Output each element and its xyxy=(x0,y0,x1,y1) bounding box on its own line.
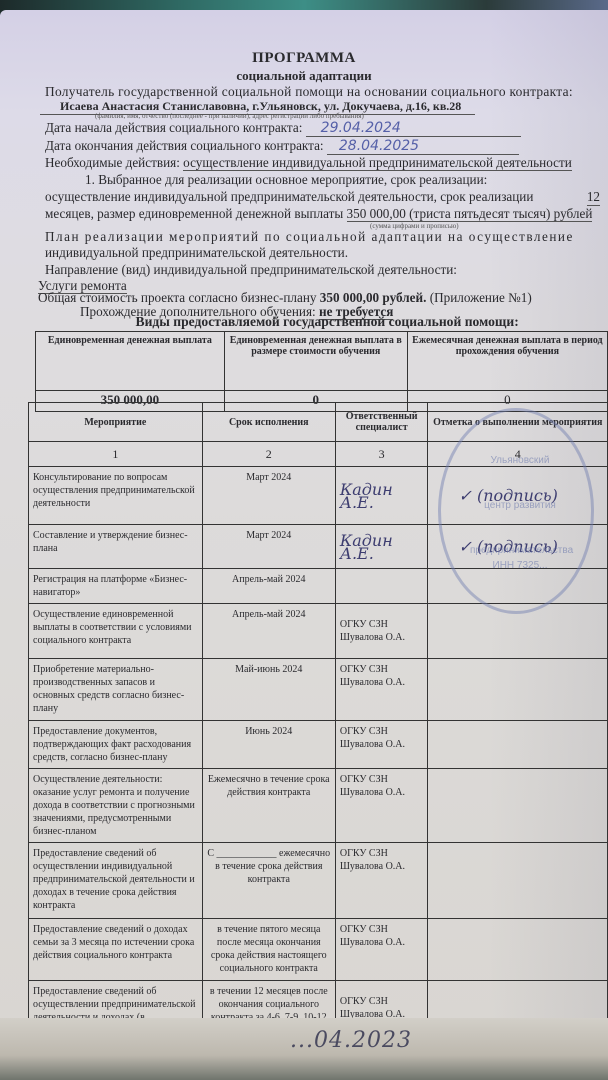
activity-cell: Консультирование по вопросам осуществлен… xyxy=(29,467,203,525)
item1-heading: 1. Выбранное для реализации основное мер… xyxy=(85,172,600,188)
total-cost-value: 350 000,00 рублей. xyxy=(320,290,427,305)
table-row: Регистрация на платформе «Бизнес-навигат… xyxy=(29,569,608,604)
specialist-cell: ОГКУ СЗН Шувалова О.А. xyxy=(335,919,428,981)
deadline-cell: Март 2024 xyxy=(202,467,335,525)
end-date-value: 28.04.2025 xyxy=(327,138,519,155)
stamp-text-line: предпринимательства xyxy=(470,545,570,556)
column-number: 1 xyxy=(29,442,203,467)
deadline-cell: Апрель-май 2024 xyxy=(202,569,335,604)
activities-header-activity: Мероприятие xyxy=(29,403,203,442)
recipient-hint: (фамилия, имя, отчество (последнее - при… xyxy=(95,112,364,120)
assistance-header-monthly: Ежемесячная денежная выплата в период пр… xyxy=(407,332,607,391)
deadline-cell: Май-июнь 2024 xyxy=(202,659,335,721)
deadline-cell: С ____________ ежемесячно в течение срок… xyxy=(202,843,335,919)
assistance-header-lump-sum: Единовременная денежная выплата xyxy=(36,332,225,391)
activity-cell: Составление и утверждение бизнес-плана xyxy=(29,525,203,569)
activities-header-deadline: Срок исполнения xyxy=(202,403,335,442)
stamp-text-line: центр развития xyxy=(470,500,570,511)
item1-line2-prefix: месяцев, размер единовременной денежной … xyxy=(45,206,343,221)
plan-text-1: План реализации мероприятий по социально… xyxy=(45,229,600,245)
start-date-label: Дата начала действия социального контрак… xyxy=(45,120,302,135)
mark-cell xyxy=(428,569,608,604)
mark-cell xyxy=(428,769,608,843)
stamp-text-line: Ульяновский xyxy=(470,455,570,466)
activity-cell: Осуществление деятельности: оказание усл… xyxy=(29,769,203,843)
plan-text-2: индивидуальной предпринимательской деяте… xyxy=(45,245,600,261)
end-date-label: Дата окончания действия социального конт… xyxy=(45,138,324,153)
activity-cell: Регистрация на платформе «Бизнес-навигат… xyxy=(29,569,203,604)
completion-mark: ✓ (подпись) xyxy=(428,467,608,525)
start-date-value: 29.04.2024 xyxy=(306,120,521,137)
activity-cell: Осуществление единовременной выплаты в с… xyxy=(29,604,203,659)
mark-cell xyxy=(428,919,608,981)
table-row: Осуществление единовременной выплаты в с… xyxy=(29,604,608,659)
table-row: Предоставление сведений о доходах семьи … xyxy=(29,919,608,981)
deadline-cell: Ежемесячно в течение срока действия конт… xyxy=(202,769,335,843)
activities-header-specialist: Ответственный специалист xyxy=(335,403,428,442)
mark-cell xyxy=(428,843,608,919)
item1-amount: 350 000,00 (триста пятьдесят тысяч) рубл… xyxy=(347,206,593,222)
assistance-table: Виды предоставляемой государственной соц… xyxy=(35,314,608,412)
activity-cell: Предоставление документов, подтверждающи… xyxy=(29,721,203,769)
activity-cell: Приобретение материально-производственны… xyxy=(29,659,203,721)
column-number: 3 xyxy=(335,442,428,467)
specialist-cell: ОГКУ СЗН Шувалова О.А. xyxy=(335,659,428,721)
specialist-cell: ОГКУ СЗН Шувалова О.А. xyxy=(335,769,428,843)
assistance-header-training-cost: Единовременная денежная выплата в размер… xyxy=(224,332,407,391)
activity-cell: Предоставление сведений о доходах семьи … xyxy=(29,919,203,981)
column-number: 2 xyxy=(202,442,335,467)
item1-line2: месяцев, размер единовременной денежной … xyxy=(45,206,600,222)
table-row: Предоставление документов, подтверждающи… xyxy=(29,721,608,769)
table-row: Осуществление деятельности: оказание усл… xyxy=(29,769,608,843)
item1-term: 12 xyxy=(587,189,600,206)
document-subtitle: социальной адаптации xyxy=(0,68,608,84)
table-row: Предоставление сведений об осуществлении… xyxy=(29,843,608,919)
total-cost-suffix: (Приложение №1) xyxy=(430,290,532,305)
stamp-text-line: ИНН 7325... xyxy=(470,560,570,571)
specialist-cell xyxy=(335,569,428,604)
mark-cell xyxy=(428,721,608,769)
deadline-cell: Июнь 2024 xyxy=(202,721,335,769)
table-row: Консультирование по вопросам осуществлен… xyxy=(29,467,608,525)
specialist-signature: Кадин А.Е. xyxy=(335,525,428,569)
end-date-row: Дата окончания действия социального конт… xyxy=(45,138,600,155)
required-actions-row: Необходимые действия: осуществление инди… xyxy=(45,155,600,171)
start-date-row: Дата начала действия социального контрак… xyxy=(45,120,600,137)
activities-header-mark: Отметка о выполнении мероприятия xyxy=(428,403,608,442)
required-actions-value: осуществление индивидуальной предпринима… xyxy=(183,155,572,171)
item1-line1: осуществление индивидуальной предпринима… xyxy=(45,189,600,206)
specialist-cell: ОГКУ СЗН Шувалова О.А. xyxy=(335,721,428,769)
deadline-cell: Апрель-май 2024 xyxy=(202,604,335,659)
direction-label: Направление (вид) индивидуальной предпри… xyxy=(45,262,600,278)
item1-line1-text: осуществление индивидуальной предпринима… xyxy=(45,189,533,206)
required-actions-label: Необходимые действия: xyxy=(45,155,180,170)
specialist-cell: ОГКУ СЗН Шувалова О.А. xyxy=(335,843,428,919)
total-cost-prefix: Общая стоимость проекта согласно бизнес-… xyxy=(38,290,316,305)
bottom-handwriting: ...04.2023 xyxy=(290,1028,412,1053)
mark-cell xyxy=(428,659,608,721)
specialist-cell: ОГКУ СЗН Шувалова О.А. xyxy=(335,604,428,659)
mark-cell xyxy=(428,604,608,659)
assistance-heading: Виды предоставляемой государственной соц… xyxy=(36,314,608,332)
specialist-signature: Кадин А.Е. xyxy=(335,467,428,525)
document-title: ПРОГРАММА xyxy=(0,50,608,67)
deadline-cell: Март 2024 xyxy=(202,525,335,569)
activity-cell: Предоставление сведений об осуществлении… xyxy=(29,843,203,919)
table-row: Приобретение материально-производственны… xyxy=(29,659,608,721)
deadline-cell: в течение пятого месяца после месяца око… xyxy=(202,919,335,981)
